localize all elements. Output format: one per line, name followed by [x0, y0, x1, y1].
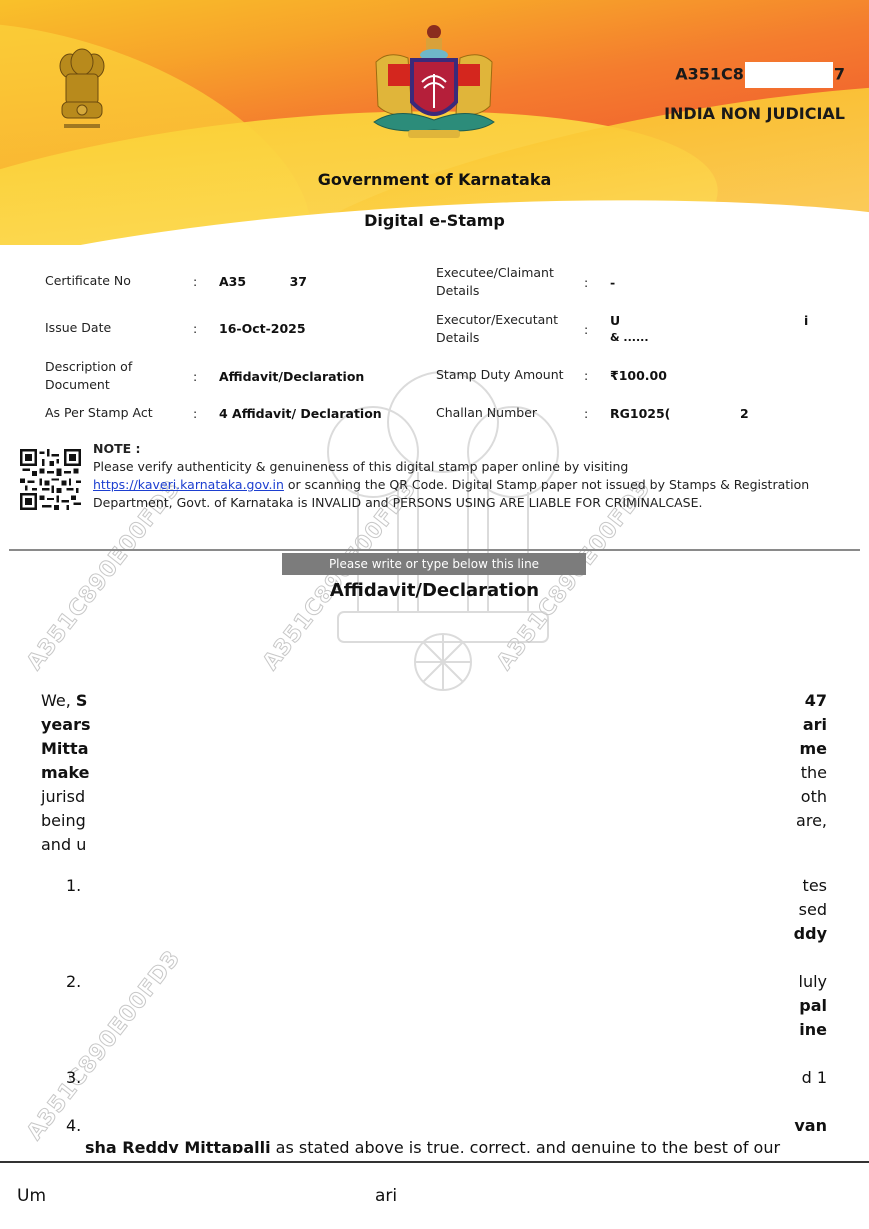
body-fragment: me [799, 737, 827, 761]
list-number: 3. [66, 1066, 81, 1090]
body-fragment: 47 [805, 689, 827, 713]
body-fragment: ari [803, 713, 827, 737]
body-fragment: luly [799, 970, 828, 994]
list-number: 2. [66, 970, 81, 994]
body-fragment: the [801, 761, 827, 785]
body-fragment: are, [796, 809, 827, 833]
body-fragment: years [41, 713, 91, 737]
body-fragment: pal [799, 994, 827, 1018]
footer-divider [0, 1161, 869, 1163]
body-fragment: sha Reddy Mittapalli [85, 1138, 271, 1153]
body-fragment: ine [799, 1018, 827, 1042]
body-fragment: We, S [41, 689, 87, 713]
body-fragment: ddy [794, 922, 827, 946]
body-fragment: being [41, 809, 86, 833]
footer-signatory-fragment: ari [375, 1186, 397, 1206]
body-fragment: van [794, 1114, 827, 1138]
body-fragment: sed [799, 898, 827, 922]
body-fragment: oth [801, 785, 827, 809]
body-fragment: jurisd [41, 785, 85, 809]
footer-signatory-fragment: Um [17, 1186, 46, 1206]
list-number: 1. [66, 874, 81, 898]
body-fragment: Mitta [41, 737, 89, 761]
body-fragment: as stated above is true, correct, and ge… [271, 1138, 781, 1153]
body-fragment: d 1 [802, 1066, 827, 1090]
body-last-line: sha Reddy Mittapalli as stated above is … [85, 1136, 827, 1153]
list-number: 4. [66, 1114, 81, 1138]
body-fragment: tes [803, 874, 827, 898]
body-fragment: and u [41, 833, 86, 857]
affidavit-body: We, S years Mitta make jurisd being and … [0, 0, 869, 1229]
body-fragment: make [41, 761, 90, 785]
